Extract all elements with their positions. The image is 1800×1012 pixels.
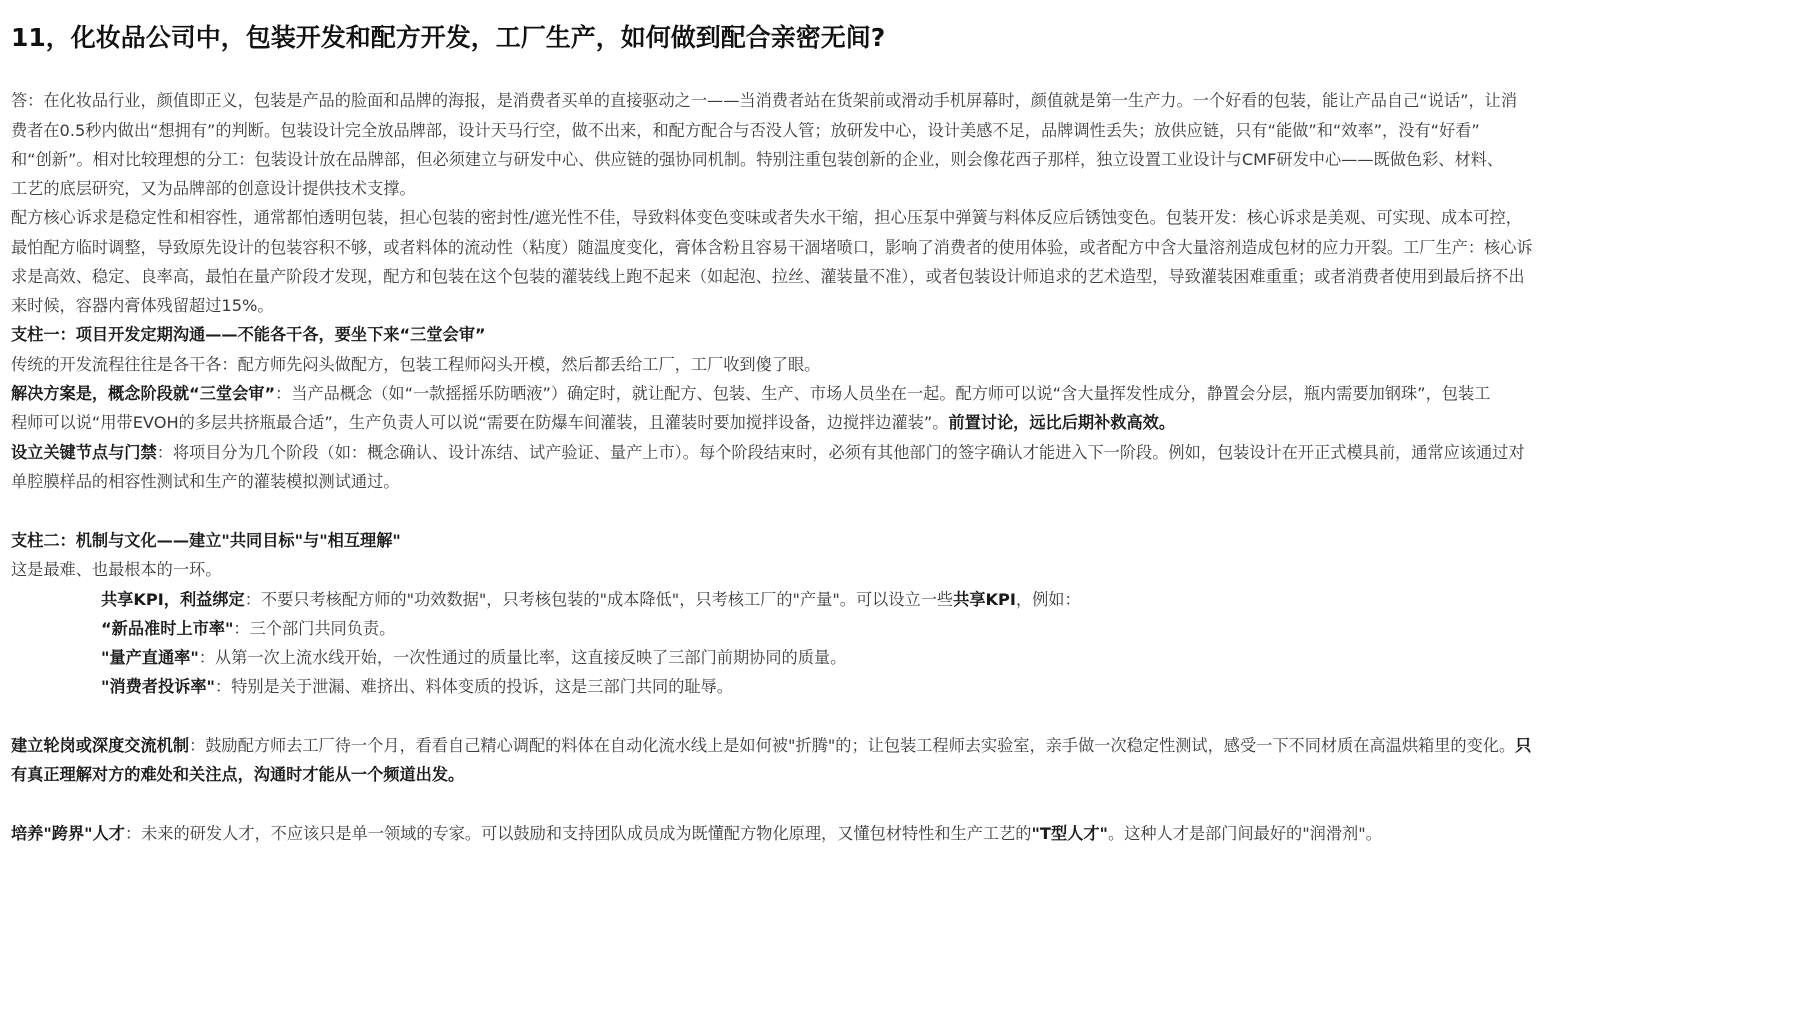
solution-lead: 解决方案是，概念阶段就“三堂会审” [11,384,275,403]
kpi-text: ：不要只考核配方师的"功效数据"，只考核包装的"成本降低"，只考核工厂的"产量"… [245,590,953,609]
solution-conclusion: 前置讨论，远比后期补救高效。 [948,413,1175,432]
rotation-lead: 建立轮岗或深度交流机制 [11,736,189,755]
demands-line-1: 配方核心诉求是稳定性和相容性，通常都怕透明包装，担心包装的密封性/遮光性不佳，导… [11,208,1522,228]
pillar1-solution-line-2: 程师可以说“用带EVOH的多层共挤瓶最合适”，生产负责人可以说“需要在防爆车间灌… [11,413,1175,433]
pillar2-intro: 这是最难、也最根本的一环。 [11,560,221,580]
kpi-item-text: ：三个部门共同负责。 [233,619,395,638]
talent-text: ：未来的研发人才，不应该只是单一领域的专家。可以鼓励和支持团队成员成为既懂配方物… [125,824,1032,843]
talent-lead: 培养"跨界"人才 [11,824,125,843]
rotation-text: ：鼓励配方师去工厂待一个月，看看自己精心调配的料体在自动化流水线上是如何被"折腾… [189,736,1515,755]
kpi-item-label: "量产直通率" [101,648,199,667]
kpi-item-label: “新品准时上市率" [101,619,233,638]
intro-line-2: 费者在0.5秒内做出“想拥有”的判断。包装设计完全放品牌部，设计天马行空，做不出… [11,121,1480,141]
kpi-line: 共享KPI，利益绑定：不要只考核配方师的"功效数据"，只考核包装的"成本降低"，… [101,590,1081,610]
kpi-item-text: ：从第一次上流水线开始，一次性通过的质量比率，这直接反映了三部门前期协同的质量。 [199,648,847,667]
kpi-item-text: ：特别是关于泄漏、难挤出、料体变质的投诉，这是三部门共同的耻辱。 [215,677,733,696]
kpi-item: "消费者投诉率"：特别是关于泄漏、难挤出、料体变质的投诉，这是三部门共同的耻辱。 [101,677,733,697]
demands-line-3: 求是高效、稳定、良率高，最怕在量产阶段才发现，配方和包装在这个包装的灌装线上跑不… [11,267,1525,287]
kpi-item: “新品准时上市率"：三个部门共同负责。 [101,619,395,639]
page-title: 11，化妆品公司中，包装开发和配方开发，工厂生产，如何做到配合亲密无间? [11,18,885,54]
talent-text-tail: 。这种人才是部门间最好的"润滑剂"。 [1108,824,1382,843]
gates-lead: 设立关键节点与门禁 [11,443,157,462]
intro-line-3: 和“创新”。相对比较理想的分工：包装设计放在品牌部，但必须建立与研发中心、供应链… [11,150,1503,170]
rotation-line-1: 建立轮岗或深度交流机制：鼓励配方师去工厂待一个月，看看自己精心调配的料体在自动化… [11,736,1531,756]
kpi-item: "量产直通率"：从第一次上流水线开始，一次性通过的质量比率，这直接反映了三部门前… [101,648,846,668]
talent-line: 培养"跨界"人才：未来的研发人才，不应该只是单一领域的专家。可以鼓励和支持团队成… [11,824,1382,844]
demands-line-2: 最怕配方临时调整，导致原先设计的包装容积不够，或者料体的流动性（粘度）随温度变化… [11,238,1533,258]
pillar1-traditional: 传统的开发流程往往是各干各：配方师先闷头做配方，包装工程师闷头开模，然后都丢给工… [11,355,820,375]
rotation-tail: 只 [1515,736,1531,755]
rotation-line-2: 有真正理解对方的难处和关注点，沟通时才能从一个频道出发。 [11,765,464,785]
pillar1-solution-line-1: 解决方案是，概念阶段就“三堂会审”：当产品概念（如“一款摇摇乐防晒液”）确定时，… [11,384,1490,404]
pillar1-gates-line-1: 设立关键节点与门禁：将项目分为几个阶段（如：概念确认、设计冻结、试产验证、量产上… [11,443,1525,463]
kpi-item-label: "消费者投诉率" [101,677,215,696]
solution-text: ：当产品概念（如“一款摇摇乐防晒液”）确定时，就让配方、包装、生产、市场人员坐在… [275,384,1490,403]
kpi-text-tail: ，例如： [1016,590,1081,609]
kpi-lead: 共享KPI，利益绑定 [101,590,245,609]
pillar1-gates-line-2: 单腔膜样品的相容性测试和生产的灌装模拟测试通过。 [11,472,400,492]
intro-line-1: 答：在化妆品行业，颜值即正义，包装是产品的脸面和品牌的海报，是消费者买单的直接驱… [11,91,1517,111]
pillar2-heading: 支柱二：机制与文化——建立"共同目标"与"相互理解" [11,531,401,551]
kpi-shared: 共享KPI [953,590,1016,609]
intro-line-4: 工艺的底层研究，又为品牌部的创意设计提供技术支撑。 [11,179,416,199]
talent-t-type: "T型人才" [1032,824,1108,843]
gates-text: ：将项目分为几个阶段（如：概念确认、设计冻结、试产验证、量产上市）。每个阶段结束… [157,443,1525,462]
pillar1-heading: 支柱一：项目开发定期沟通——不能各干各，要坐下来“三堂会审” [11,325,486,345]
demands-line-4: 来时候，容器内膏体残留超过15%。 [11,296,274,316]
solution-text-cont: 程师可以说“用带EVOH的多层共挤瓶最合适”，生产负责人可以说“需要在防爆车间灌… [11,413,948,432]
